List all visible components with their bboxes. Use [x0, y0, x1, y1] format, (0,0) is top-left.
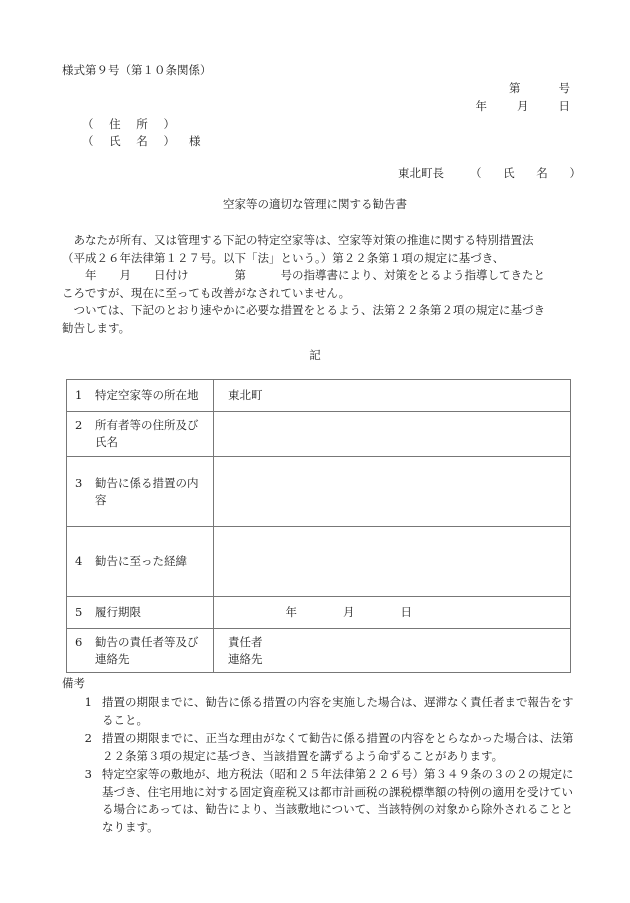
- honorific: 様: [189, 134, 201, 148]
- row-label: 1特定空家等の所在地: [67, 380, 214, 412]
- row-label-text: 勧告に係る措置の内容: [95, 475, 203, 509]
- issuer: 東北町長（ 氏 名 ）: [398, 168, 590, 180]
- body-line: 勧告します。: [62, 320, 577, 338]
- document-number: 第号: [509, 83, 570, 95]
- date-day: 日: [559, 101, 571, 113]
- recipient-name-line: （ 氏 名 ）様: [82, 136, 200, 148]
- table-row: 5履行期限 年 月 日: [67, 597, 571, 629]
- row-label: 6勧告の責任者等及び連絡先: [67, 629, 214, 673]
- table-row: 3勧告に係る措置の内容: [67, 457, 571, 527]
- row-label-text: 勧告に至った経緯: [95, 553, 203, 570]
- remark-text: 措置の期限までに、正当な理由がなくて勧告に係る措置の内容をとらなかった場合は、法…: [102, 730, 577, 765]
- remark-text: 特定空家等の敷地が、地方税法（昭和２５年法律第２２６号）第３４９条の３の２の規定…: [102, 766, 577, 836]
- details-table: 1特定空家等の所在地 東北町 2所有者等の住所及び氏名 3勧告に係る措置の内容 …: [66, 379, 571, 673]
- row-number: 3: [75, 475, 95, 492]
- remark-item: 1 措置の期限までに、勧告に係る措置の内容を実施した場合は、遅滞なく責任者まで報…: [62, 694, 577, 729]
- row-label: 2所有者等の住所及び氏名: [67, 412, 214, 457]
- body-text: あなたが所有、又は管理する下記の特定空家等は、空家等対策の推進に関する特別措置法…: [62, 232, 577, 337]
- date-month: 月: [517, 101, 529, 113]
- row-label-text: 所有者等の住所及び氏名: [95, 417, 203, 451]
- row-label: 5履行期限: [67, 597, 214, 629]
- remarks-heading: 備考: [62, 678, 85, 690]
- deadline-value[interactable]: 年 月 日: [214, 597, 571, 629]
- table-row: 2所有者等の住所及び氏名: [67, 412, 571, 457]
- recipient-name: （ 氏 名 ）: [82, 134, 181, 148]
- row-number: 6: [75, 634, 95, 651]
- issuer-title: 東北町長: [398, 166, 444, 180]
- contact-label: 連絡先: [228, 651, 562, 668]
- body-line: （平成２６年法律第１２７号。以下「法」という。）第２２条第１項の規定に基づき、: [62, 250, 577, 268]
- row-label-text: 勧告の責任者等及び連絡先: [95, 634, 203, 668]
- recipient-address: （ 住 所 ）: [82, 119, 181, 131]
- row-number: 2: [75, 417, 95, 434]
- document-date: 年月日: [476, 101, 571, 113]
- remark-item: 3 特定空家等の敷地が、地方税法（昭和２５年法律第２２６号）第３４９条の３の２の…: [62, 766, 577, 836]
- responsible-person-label: 責任者: [228, 634, 562, 651]
- date-year: 年: [476, 101, 488, 113]
- row-label: 4勧告に至った経緯: [67, 527, 214, 597]
- row-number: 5: [75, 604, 95, 621]
- document-number-go: 号: [559, 83, 571, 95]
- issuer-name: （ 氏 名 ）: [470, 166, 590, 180]
- body-line: ついては、下記のとおり速やかに必要な措置をとるよう、法第２２条第２項の規定に基づ…: [62, 302, 577, 320]
- table-row: 1特定空家等の所在地 東北町: [67, 380, 571, 412]
- body-line: あなたが所有、又は管理する下記の特定空家等は、空家等対策の推進に関する特別措置法: [62, 232, 577, 250]
- location-value[interactable]: 東北町: [214, 380, 571, 412]
- owner-value[interactable]: [214, 412, 571, 457]
- row-number: 1: [75, 387, 95, 404]
- remark-number: 2: [62, 730, 102, 765]
- remark-item: 2 措置の期限までに、正当な理由がなくて勧告に係る措置の内容をとらなかった場合は…: [62, 730, 577, 765]
- body-line: ころですが、現在に至っても改善がなされていません。: [62, 285, 577, 303]
- measures-value[interactable]: [214, 457, 571, 527]
- remarks-list: 1 措置の期限までに、勧告に係る措置の内容を実施した場合は、遅滞なく責任者まで報…: [62, 694, 577, 837]
- document-number-dai: 第: [509, 83, 521, 95]
- remark-number: 3: [62, 766, 102, 836]
- row-label: 3勧告に係る措置の内容: [67, 457, 214, 527]
- table-row: 6勧告の責任者等及び連絡先 責任者 連絡先: [67, 629, 571, 673]
- document-title: 空家等の適切な管理に関する勧告書: [0, 199, 630, 211]
- remark-number: 1: [62, 694, 102, 729]
- remark-text: 措置の期限までに、勧告に係る措置の内容を実施した場合は、遅滞なく責任者まで報告を…: [102, 694, 577, 729]
- row-number: 4: [75, 553, 95, 570]
- background-value[interactable]: [214, 527, 571, 597]
- row-label-text: 特定空家等の所在地: [95, 387, 203, 404]
- body-line: 年 月 日付け 第 号の指導書により、対策をとるよう指導してきたと: [62, 267, 577, 285]
- form-number: 様式第９号（第１０条関係）: [62, 65, 212, 77]
- table-row: 4勧告に至った経緯: [67, 527, 571, 597]
- contact-value[interactable]: 責任者 連絡先: [214, 629, 571, 673]
- ki-heading: 記: [0, 350, 630, 362]
- row-label-text: 履行期限: [95, 604, 203, 621]
